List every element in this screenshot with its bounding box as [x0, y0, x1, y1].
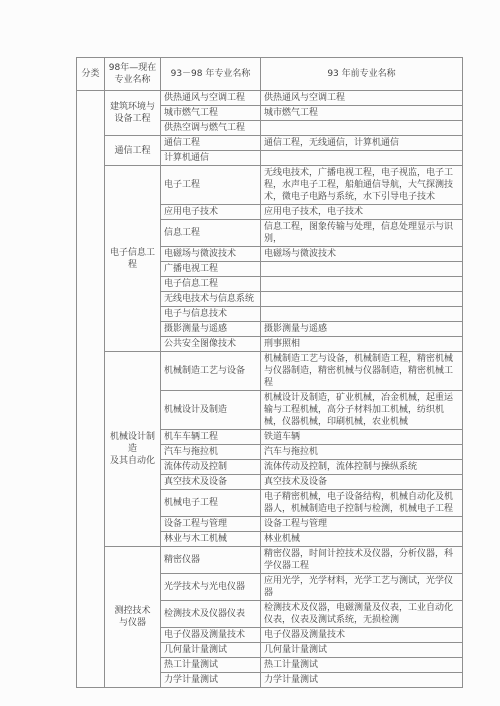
- table-header: 分类98年—现在专业名称93－98 年专业名称93 年前专业名称: [77, 58, 463, 91]
- major-pre93-cell: 林业机械: [261, 532, 463, 547]
- major-pre93-cell: 精密仪器，时间计控技术及仪器，分析仪器，科学仪器工程: [261, 547, 463, 574]
- header-cell: 分类: [77, 58, 105, 91]
- category-cell: 测控技术 与仪器: [105, 547, 161, 688]
- major-pre93-cell: [261, 292, 463, 307]
- major-pre93-cell: 供热通风与空调工程: [261, 91, 463, 106]
- major-93-98-cell: 城市燃气工程: [161, 106, 261, 121]
- major-93-98-cell: 真空技术及设备: [161, 475, 261, 490]
- major-pre93-cell: [261, 307, 463, 322]
- major-93-98-cell: 摄影测量与遥感: [161, 322, 261, 337]
- category-cell: 建筑环境与 设备工程: [105, 91, 161, 136]
- major-pre93-cell: 电磁场与微波技术: [261, 247, 463, 262]
- header-cell: 93－98 年专业名称: [161, 58, 261, 91]
- major-93-98-cell: 设备工程与管理: [161, 517, 261, 532]
- major-93-98-cell: 力学计量测试: [161, 673, 261, 688]
- major-pre93-cell: 机械制造工艺与设备，机械制造工程，精密机械与仪器制造，精密机械与仪器制造，精密机…: [261, 352, 463, 391]
- major-93-98-cell: 电子信息工程: [161, 277, 261, 292]
- major-pre93-cell: 流体传动及控制，流体控制与操纵系统: [261, 460, 463, 475]
- major-pre93-cell: [261, 277, 463, 292]
- major-93-98-cell: 流体传动及控制: [161, 460, 261, 475]
- major-93-98-cell: 供热空调与燃气工程: [161, 121, 261, 136]
- major-pre93-cell: 应用光学，光学材料，光学工艺与测试，光学仪器: [261, 574, 463, 601]
- major-pre93-cell: 铁道车辆: [261, 430, 463, 445]
- major-93-98-cell: 热工计量测试: [161, 658, 261, 673]
- major-pre93-cell: 真空技术及设备: [261, 475, 463, 490]
- major-pre93-cell: 城市燃气工程: [261, 106, 463, 121]
- major-pre93-cell: 刑事照相: [261, 337, 463, 352]
- majors-table-wrap: 分类98年—现在专业名称93－98 年专业名称93 年前专业名称 建筑环境与 设…: [76, 57, 463, 688]
- major-pre93-cell: 机械设计及制造，矿业机械，冶金机械，起重运输与工程机械，高分子材料加工机械，纺织…: [261, 391, 463, 430]
- major-93-98-cell: 机械制造工艺与设备: [161, 352, 261, 391]
- major-93-98-cell: 电子与信息技术: [161, 307, 261, 322]
- table-row: 通信工程通信工程通信工程，无线通信，计算机通信: [77, 136, 463, 151]
- major-pre93-cell: 几何量计量测试: [261, 643, 463, 658]
- major-pre93-cell: [261, 151, 463, 166]
- header-cell: 93 年前专业名称: [261, 58, 463, 91]
- major-93-98-cell: 电子工程: [161, 166, 261, 205]
- major-pre93-cell: [261, 121, 463, 136]
- major-93-98-cell: 机械电子工程: [161, 490, 261, 517]
- major-93-98-cell: 精密仪器: [161, 547, 261, 574]
- major-93-98-cell: 应用电子技术: [161, 205, 261, 220]
- table-body: 建筑环境与 设备工程供热通风与空调工程供热通风与空调工程城市燃气工程城市燃气工程…: [77, 91, 463, 688]
- major-93-98-cell: 信息工程: [161, 220, 261, 247]
- major-pre93-cell: 汽车与拖拉机: [261, 445, 463, 460]
- major-93-98-cell: 几何量计量测试: [161, 643, 261, 658]
- major-pre93-cell: 通信工程，无线通信，计算机通信: [261, 136, 463, 151]
- table-row: 测控技术 与仪器精密仪器精密仪器，时间计控技术及仪器，分析仪器，科学仪器工程: [77, 547, 463, 574]
- major-pre93-cell: 摄影测量与遥感: [261, 322, 463, 337]
- table-row: 电子信息工 程电子工程无线电技术，广播电视工程，电子视监，电子工程，水声电子工程…: [77, 166, 463, 205]
- major-93-98-cell: 广播电视工程: [161, 262, 261, 277]
- major-pre93-cell: 电子精密机械，电子设备结构，机械自动化及机器人，机械制造电子控制与检测，机械电子…: [261, 490, 463, 517]
- major-93-98-cell: 通信工程: [161, 136, 261, 151]
- major-pre93-cell: 力学计量测试: [261, 673, 463, 688]
- major-93-98-cell: 机车车辆工程: [161, 430, 261, 445]
- table-row: 机械设计制造 及其自动化机械制造工艺与设备机械制造工艺与设备，机械制造工程，精密…: [77, 352, 463, 391]
- major-pre93-cell: 热工计量测试: [261, 658, 463, 673]
- majors-table: 分类98年—现在专业名称93－98 年专业名称93 年前专业名称 建筑环境与 设…: [76, 57, 463, 688]
- major-93-98-cell: 电磁场与微波技术: [161, 247, 261, 262]
- header-row: 分类98年—现在专业名称93－98 年专业名称93 年前专业名称: [77, 58, 463, 91]
- table-row: 建筑环境与 设备工程供热通风与空调工程供热通风与空调工程: [77, 91, 463, 106]
- category-column-empty-cell: [77, 91, 105, 688]
- major-pre93-cell: [261, 262, 463, 277]
- major-pre93-cell: 无线电技术，广播电视工程，电子视监，电子工程，水声电子工程，船舶通信导航，大气探…: [261, 166, 463, 205]
- major-93-98-cell: 无线电技术与信息系统: [161, 292, 261, 307]
- document-page: 分类98年—现在专业名称93－98 年专业名称93 年前专业名称 建筑环境与 设…: [0, 0, 500, 706]
- major-93-98-cell: 机械设计及制造: [161, 391, 261, 430]
- category-cell: 通信工程: [105, 136, 161, 166]
- major-pre93-cell: 检测技术及仪器，电磁测量及仪表，工业自动化仪表，仪表及测试系统，无损检测: [261, 601, 463, 628]
- major-93-98-cell: 计算机通信: [161, 151, 261, 166]
- category-cell: 电子信息工 程: [105, 166, 161, 352]
- major-pre93-cell: 设备工程与管理: [261, 517, 463, 532]
- category-cell: 机械设计制造 及其自动化: [105, 352, 161, 547]
- major-93-98-cell: 检测技术及仪器仪表: [161, 601, 261, 628]
- major-93-98-cell: 公共安全图像技术: [161, 337, 261, 352]
- major-93-98-cell: 电子仪器及测量技术: [161, 628, 261, 643]
- major-pre93-cell: 信息工程，图象传输与处理，信息处理显示与识别，: [261, 220, 463, 247]
- major-93-98-cell: 汽车与拖拉机: [161, 445, 261, 460]
- header-cell: 98年—现在专业名称: [105, 58, 161, 91]
- major-93-98-cell: 林业与木工机械: [161, 532, 261, 547]
- major-93-98-cell: 光学技术与光电仪器: [161, 574, 261, 601]
- major-93-98-cell: 供热通风与空调工程: [161, 91, 261, 106]
- major-pre93-cell: 应用电子技术，电子技术: [261, 205, 463, 220]
- major-pre93-cell: 电子仪器及测量技术: [261, 628, 463, 643]
